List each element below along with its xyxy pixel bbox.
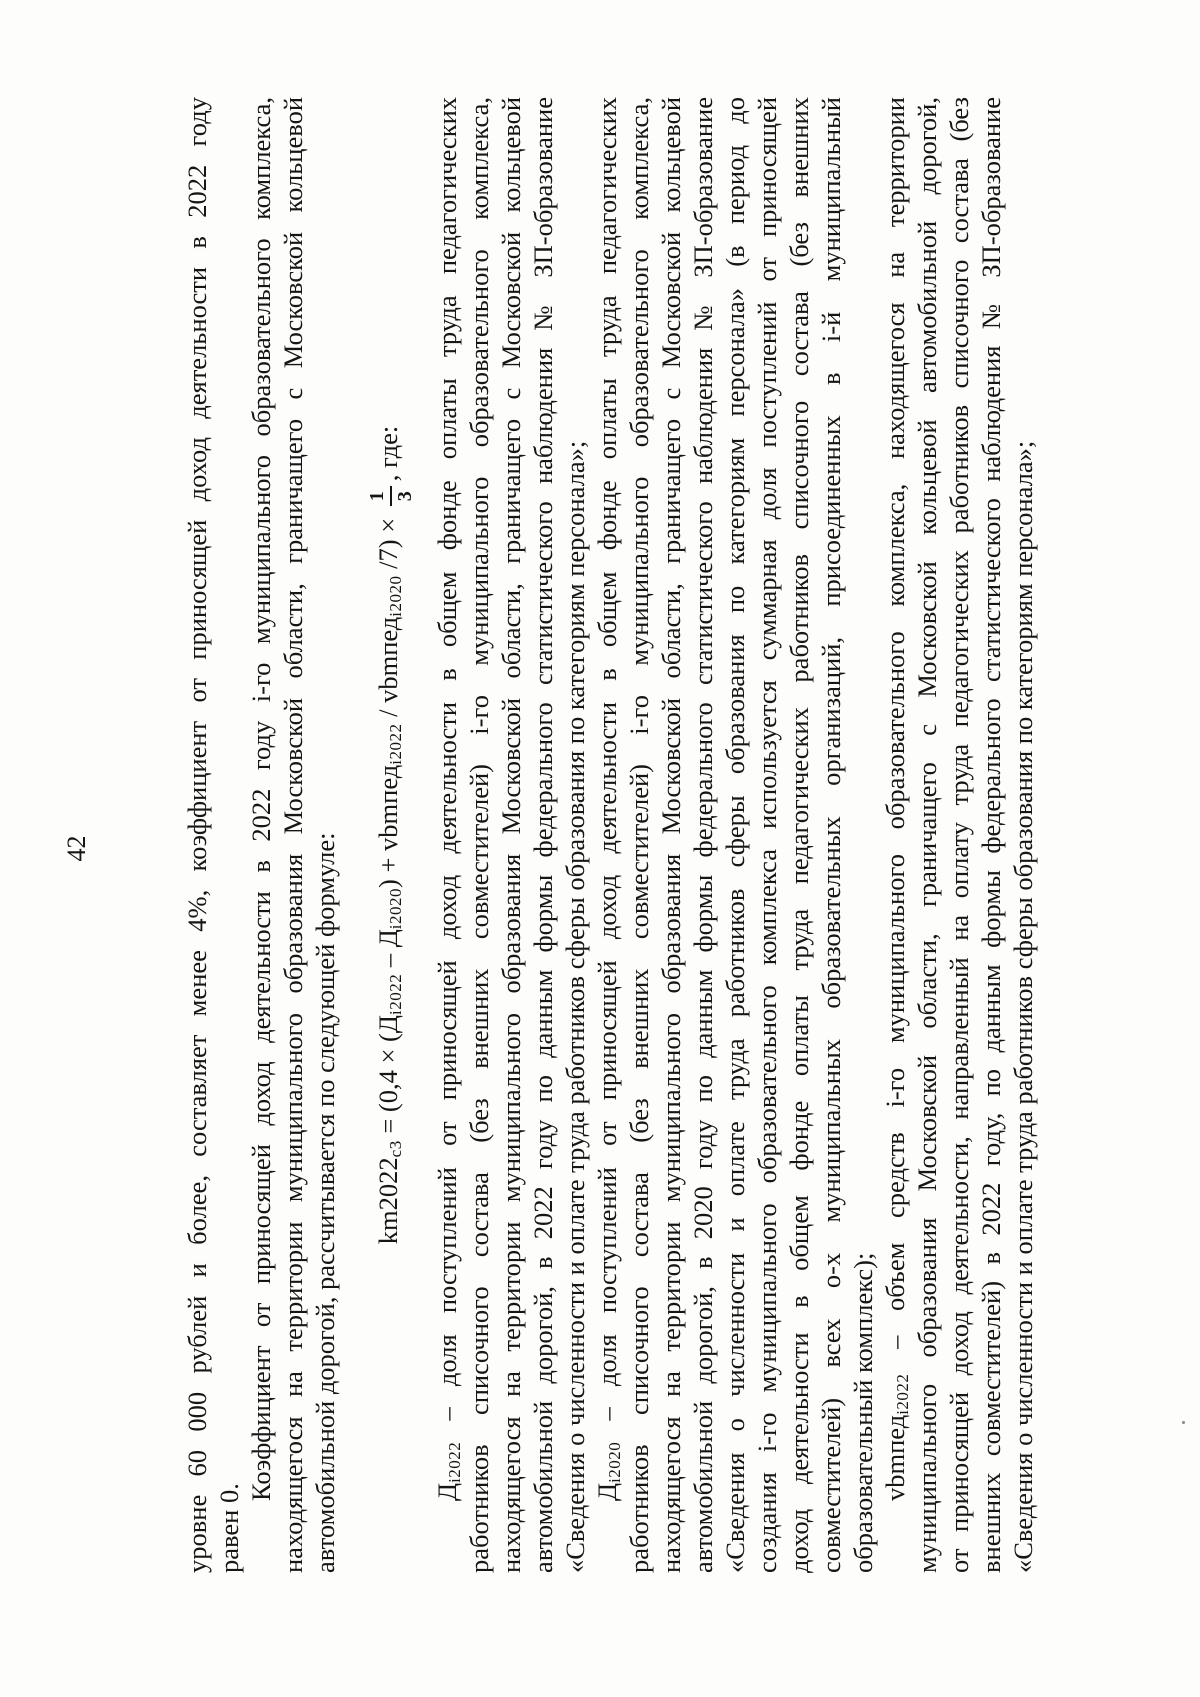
text-line: уровне 60 000 рублей и более, составляет… <box>181 97 213 1573</box>
scan-speck-artifact <box>1182 1421 1185 1424</box>
paragraph-coefficient-intro: Коэффициент от приносящей доход деятельн… <box>245 97 341 1573</box>
subscript: i2022 <box>445 1442 463 1483</box>
text-line: Коэффициент от приносящей доход деятельн… <box>245 97 277 1573</box>
fraction-numerator: 1 <box>367 486 392 506</box>
subscript: i2020 <box>386 888 405 929</box>
text-block-upper: уровне 60 000 рублей и более, составляет… <box>181 97 341 1573</box>
text-line: «Сведения о численности и оплате труда р… <box>1007 97 1039 1573</box>
text-line: равен 0. <box>213 97 245 1573</box>
text-line: от приносящей доход деятельности, направ… <box>943 97 975 1573</box>
subscript: i2020 <box>605 1442 623 1483</box>
formula-wrapper: km2022с3 = (0,4 × (Дi2022 – Дi2020) + vb… <box>359 97 417 1573</box>
text-line: внешних совместителей) в 2022 году, по д… <box>975 97 1007 1573</box>
text-line: работников списочного состава (без внешн… <box>623 97 655 1573</box>
text-line: образовательный комплекс); <box>847 97 879 1573</box>
paragraph-continuation: уровне 60 000 рублей и более, составляет… <box>181 97 245 1573</box>
text-line: автомобильной дорогой, рассчитывается по… <box>309 97 341 1573</box>
text-line: доход деятельности в общем фонде оплаты … <box>783 97 815 1573</box>
text-line: находящегося на территории муниципальног… <box>277 97 309 1573</box>
text-line: Дi2022 – доля поступлений от приносящей … <box>431 97 463 1573</box>
text-line: Дi2020 – доля поступлений от приносящей … <box>591 97 623 1573</box>
text-line: муниципального образования Московской об… <box>911 97 943 1573</box>
text-line: находящегося на территории муниципальног… <box>495 97 527 1573</box>
text-line: совместителей) всех о-х муниципальных об… <box>815 97 847 1573</box>
text-line: создания i-го муниципального образовател… <box>751 97 783 1573</box>
subscript: i2022 <box>893 1374 911 1415</box>
text-line: автомобильной дорогой, в 2020 году по да… <box>687 97 719 1573</box>
paragraph-d-i2022: Дi2022 – доля поступлений от приносящей … <box>431 97 591 1573</box>
formula: km2022с3 = (0,4 × (Дi2022 – Дi2020) + vb… <box>359 97 417 1573</box>
text-line: vbmпедi2022 – объем средств i-го муницип… <box>879 97 911 1573</box>
fraction: 13 <box>367 486 415 506</box>
text-line: автомобильной дорогой, в 2022 году по да… <box>527 97 559 1573</box>
fraction-denominator: 3 <box>392 486 415 506</box>
text-line: «Сведения о численности и оплате труда р… <box>719 97 751 1573</box>
text-line: работников списочного состава (без внешн… <box>463 97 495 1573</box>
page-number: 42 <box>62 0 92 1697</box>
text-line: «Сведения о численности и оплате труда р… <box>559 97 591 1573</box>
scanned-document-screenshot: 42 уровне 60 000 рублей и более, составл… <box>0 0 1200 1697</box>
subscript: i2022 <box>386 724 405 765</box>
paragraph-d-i2020: Дi2020 – доля поступлений от приносящей … <box>591 97 879 1573</box>
subscript: с3 <box>386 1140 405 1157</box>
text-line: находящегося на территории муниципальног… <box>655 97 687 1573</box>
subscript: i2022 <box>386 974 405 1015</box>
paragraph-vbmped-i2022: vbmпедi2022 – объем средств i-го муницип… <box>879 97 1039 1573</box>
subscript: i2020 <box>386 575 405 616</box>
text-block-lower: Дi2022 – доля поступлений от приносящей … <box>431 97 1039 1573</box>
document-page: 42 уровне 60 000 рублей и более, составл… <box>0 0 1200 1697</box>
